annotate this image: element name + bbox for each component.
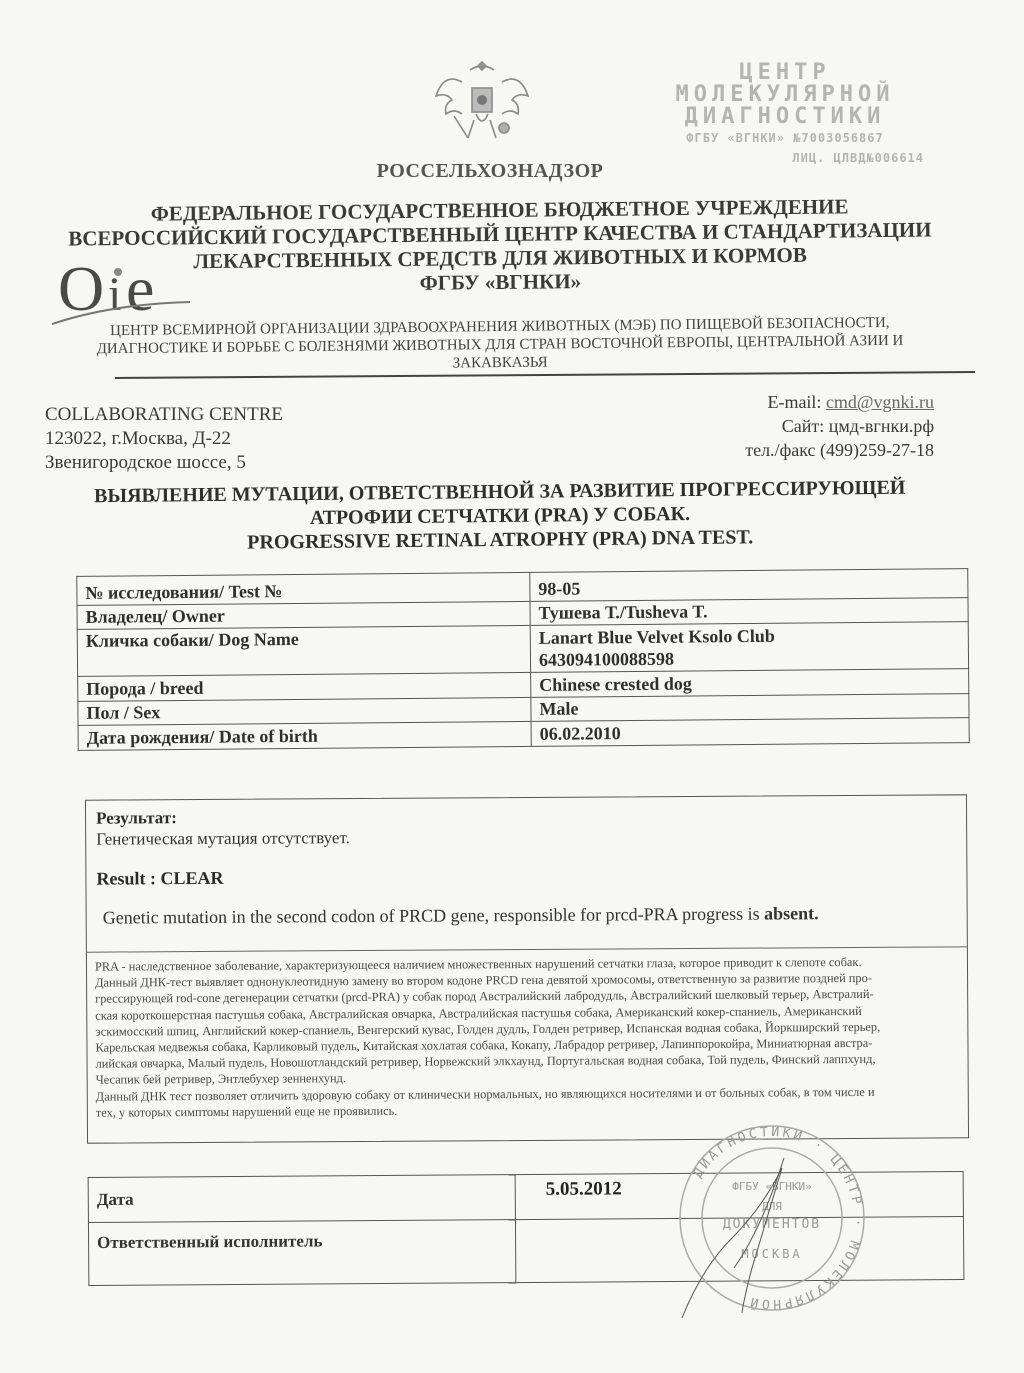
- phone-line: тел./факс (499)259-27-18: [745, 438, 934, 462]
- result-text-en-main: Genetic mutation in the second codon of …: [103, 904, 765, 928]
- seal-center-2: ДОКУМЕНТОВ: [723, 1217, 821, 1232]
- email-line: E-mail: cmd@vgnki.ru: [745, 390, 934, 414]
- agency-name: РОССЕЛЬХОЗНАДЗОР: [340, 160, 640, 183]
- stamp-line-2: МОЛЕКУЛЯРНОЙ: [640, 84, 930, 106]
- result-box: Результат: Генетическая мутация отсутств…: [85, 794, 969, 1143]
- date-value: 5.05.2012: [546, 1178, 622, 1200]
- oie-logo-icon: O i e: [52, 258, 202, 328]
- breed-value: Chinese crested dog: [531, 669, 969, 698]
- result-text-en: Genetic mutation in the second codon of …: [97, 902, 957, 928]
- date-label: Дата: [88, 1175, 515, 1223]
- email-label: E-mail:: [767, 392, 825, 412]
- svg-text:e: e: [126, 258, 154, 324]
- stamp-line-5: ЛИЦ. ЦЛВД№006614: [640, 148, 930, 168]
- coat-of-arms-icon: [432, 52, 532, 152]
- dog-chip-number: 643094100088598: [539, 645, 960, 671]
- dog-name-value: Lanart Blue Velvet Ksolo Club64309410008…: [530, 622, 968, 673]
- result-text-ru: Генетическая мутация отсутствует.: [96, 823, 956, 850]
- test-number-label: № исследования/ Test №: [77, 572, 530, 605]
- stamp-line-1: ЦЕНТР: [640, 62, 930, 84]
- result-heading-en: Result : CLEAR: [96, 863, 956, 889]
- seal-bottom: МОСКВА: [741, 1247, 802, 1261]
- oie-center-description: ЦЕНТР ВСЕМИРНОЙ ОРГАНИЗАЦИИ ЗДРАВООХРАНЕ…: [70, 313, 931, 376]
- executor-label: Ответственный исполнитель: [88, 1220, 515, 1286]
- table-row: Кличка собаки/ Dog Name Lanart Blue Velv…: [77, 622, 968, 677]
- stamp-line-4: ФГБУ «ВГНКИ» №7003056867: [640, 128, 930, 148]
- dog-info-table: № исследования/ Test № 98-05 Владелец/ O…: [76, 568, 969, 751]
- contacts-block: E-mail: cmd@vgnki.ru Сайт: цмд-вгнки.рф …: [745, 390, 934, 462]
- address-line: Звенигородское шоссе, 5: [45, 451, 283, 475]
- stamp-line-3: ДИАГНОСТИКИ: [640, 106, 930, 128]
- email-link[interactable]: cmd@vgnki.ru: [826, 392, 934, 412]
- address-line: COLLABORATING CENTRE: [45, 403, 283, 427]
- document-title: ВЫЯВЛЕНИЕ МУТАЦИИ, ОТВЕТСТВЕННОЙ ЗА РАЗВ…: [40, 475, 961, 557]
- disclaimer: PRA - наследственное заболевание, характ…: [87, 947, 968, 1126]
- dob-label: Дата рождения/ Date of birth: [78, 721, 531, 750]
- website-line: Сайт: цмд-вгнки.рф: [745, 414, 934, 438]
- result-section: Результат: Генетическая мутация отсутств…: [86, 795, 967, 952]
- address-block: COLLABORATING CENTRE 123022, г.Москва, Д…: [45, 403, 283, 475]
- lab-stamp: ЦЕНТР МОЛЕКУЛЯРНОЙ ДИАГНОСТИКИ ФГБУ «ВГН…: [640, 62, 930, 168]
- dog-name-label: Кличка собаки/ Dog Name: [77, 625, 530, 676]
- svg-text:O: O: [58, 258, 104, 324]
- test-number-value: 98-05: [530, 569, 968, 602]
- result-text-en-bold: absent.: [764, 903, 819, 923]
- dob-value: 06.02.2010: [531, 718, 969, 747]
- address-line: 123022, г.Москва, Д-22: [45, 427, 283, 451]
- official-seal-icon: ДИАГНОСТИКИ · ЦЕНТР · МОЛЕКУЛЯРНОЙ ФГБУ …: [672, 1118, 872, 1328]
- svg-text:i: i: [108, 268, 121, 321]
